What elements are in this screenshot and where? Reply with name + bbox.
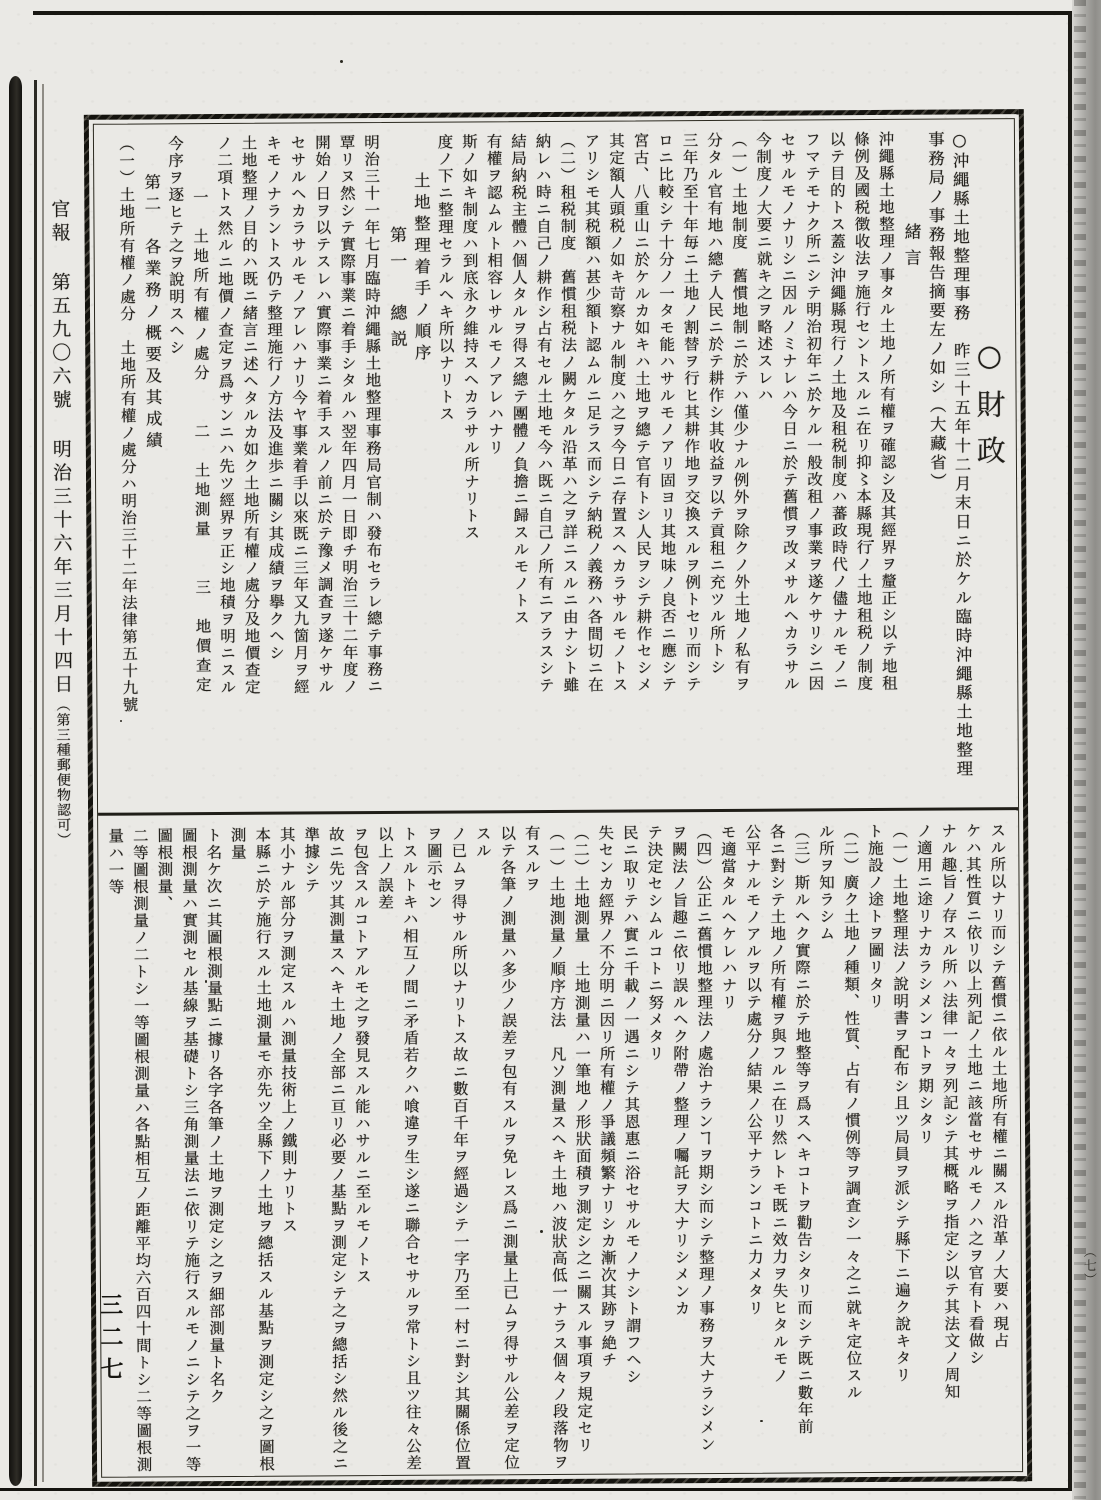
text-column: ヲ闕法ノ旨趣ニ依リ誤ルヘク附帶ノ整理ノ囑託ヲ大ナリシメンカ (666, 824, 694, 1472)
text-column: （一）土地整理法ノ說明書ヲ配布シ且ツ局員ヲ派シテ縣下ニ遍ク說キタリ (887, 823, 915, 1471)
page-frame: ○財政○沖繩縣土地整理事務 昨三十五年十二月末日ニ於ケル臨時沖繩縣土地整理事務局… (84, 109, 1032, 1487)
text-column: 土地整理着手ノ順序 (407, 134, 436, 798)
text-column: 納レハ時ニ自己ノ耕作シ占有セル土地モ今ハ既ニ自己ノ所有ニアラスシテ (530, 133, 559, 795)
text-column: ナル趣旨ノ存スル所ハ法律一々ヲ列記シテ其概略ヲ指定シ以テ其法文ノ周知 (936, 822, 964, 1470)
text-column: （三）斯ルヘク實際ニ於テ地整等ヲ爲スヘキコトヲ勸告シタリ而シテ既ニ數年前 (789, 823, 817, 1471)
text-column: （四）公正ニ舊慣地整理法ノ處治ナランヿヲ期シ而シテ整理ノ事務ヲ大ナラシメン (691, 824, 719, 1472)
text-column: モ適當タルヘケレハナリ (715, 824, 743, 1472)
text-column: テ決定セシムルコトニ努メタリ (642, 824, 670, 1472)
text-column: フマテモナク所ニシテ明治初年ニ於ケル一般改租ノ事業ヲ遂ケサリシニ因 (799, 131, 828, 793)
text-column: 以テ各筆ノ測量ハ多少ノ誤差ヲ包有スルヲ免レス爲ニ測量上已ムヲ得サル公差ヲ定位スル (470, 825, 523, 1473)
text-column: アリシモ其税額ハ甚少額ト認ムルニ足ラス而シテ納税ノ義務ハ各間切ニ在 (579, 133, 608, 795)
text-column: 民ニ取リテハ實ニ千載ノ一遇ニシテ其恩惠ニ浴セサルモノナシト謂フヘシ (617, 824, 645, 1472)
text-column: 公平ナルモノアルヲ以テ處分ノ結果ノ公平ナランコトニ力メタリ (740, 824, 768, 1472)
postal-note: （第三種郵便物認可） (54, 697, 71, 847)
text-column: ○沖繩縣土地整理事務 昨三十五年十二月末日ニ於ケル臨時沖繩縣土地整理 (946, 130, 975, 792)
text-column: ル所ヲ知ラシム (813, 823, 841, 1471)
text-column: 其小ナル部分ヲ測定スルハ測量技術上ノ鐵則ナリトス (274, 827, 302, 1475)
text-column: ケハ其性質ニ依リ以上列記ノ土地ニ該當セサルモノハ之ヲ官有ト看做シ (960, 822, 988, 1470)
scanned-gazette-page: 官報第五九〇六號明治三十六年三月十四日（第三種郵便物認可） 三二七 ○財政○沖繩… (0, 0, 1101, 1500)
text-column: 緒言 (897, 131, 926, 798)
text-column: セサルヘカラサルモノアレハナリ今ヤ事業着手以來既ニ三年又九箇月ヲ經 (285, 134, 314, 796)
text-column: 有權ヲ認ムルト相容レサルモノアレハナリ (481, 133, 510, 795)
text-column: 今制度ノ大要ニ就キ之ヲ略述スレハ (750, 132, 779, 794)
text-column: セサルモノナリシニ因ルノミナレハ今日ニ於テ舊慣ヲ改メサルヘカラサル (775, 131, 804, 793)
text-column: 一 土地所有權ノ處分 二 土地測量 三 地價查定 (187, 135, 216, 798)
text-column: 失センカ經界ノ不分明ニ因リ所有權ノ爭議頻繁ナリシカ漸次其跡ヲ絶チ (593, 825, 621, 1473)
publication-name: 官報 (48, 199, 70, 246)
text-column: 三年乃至十年毎ニ土地ノ割替ヲ行ヒ其耕作地ヲ交換スルヲ例トセリ而シテ (677, 132, 706, 794)
text-column: ロニ比較シテ十分ノ一タモ能ハサルモノアリ固ヨリ其地味ノ良否ニ應シテ (652, 132, 681, 794)
text-column: 圖根測量ハ實測セル基線ヲ基礎トシ三角測量法ニ依リテ施行スルモノニシテ之ヲ一等圖根… (152, 827, 205, 1475)
text-column: スル所以ナリ而シテ舊慣ニ依ル土地所有權ニ關スル沿革ノ大要ハ現占 (985, 822, 1013, 1470)
issue-date: 明治三十六年三月十四日 (50, 439, 74, 698)
text-column: 今序ヲ逐ヒテ之ヲ說明スヘシ (162, 135, 191, 797)
text-column: （一）土地所有權ノ處分 土地所有權ノ處分ハ明治三十二年法律第五十九號 (113, 136, 142, 798)
lower-text-block: スル所以ナリ而シテ舊慣ニ依ル土地所有權ニ關スル沿革ノ大要ハ現占ケハ其性質ニ依リ以… (105, 822, 1013, 1476)
text-column: 開始ノ日ヲ以テスレハ實際事業ニ着手スルノ前ニ於テ豫メ調査ヲ遂ケサル (309, 134, 338, 796)
text-column: 分タル官有地ハ總テ人民ニ於テ耕作シ其收益ヲ以テ貢租ニ充ツル所トシ (701, 132, 730, 794)
text-column: 覃リヌ然シテ實際事業ニ着手シタルハ翌年四月一日即チ明治三十二年度ノ (334, 134, 363, 796)
text-column: ヲ包含スルコトアルモ之ヲ發見スル能ハサルニ至ルモノトス (348, 826, 376, 1474)
text-column: 其定額人頭税ノ如キ苛察ナル制度ハ之ヲ今日ニ存置スヘカラサルモノトス (603, 133, 632, 795)
text-column: 本縣ニ於テ施行スル土地測量モ亦先ツ全縣下ノ土地ヲ總括スル基點ヲ測定シ之ヲ圖根測量 (225, 827, 278, 1475)
text-column: 事務局ノ事務報告摘要左ノ如シ（大藏省） (922, 131, 951, 793)
text-column: ○財政 (971, 130, 1009, 798)
text-column: ノ二項トス然ルニ地價ノ查定ヲ爲サンニハ先ツ經界ヲ正シ地積ヲ明ニスル (211, 135, 240, 797)
folio-number: （七） (1079, 1245, 1098, 1287)
text-column: （一）土地制度 舊慣地制ニ於テハ僅少ナル例外ヲ除クノ外土地ノ私有ヲ (726, 132, 755, 794)
block-divider (98, 807, 1018, 815)
text-column: （二）土地測量 土地測量ハ一筆地ノ形狀面積ヲ測定シ之ニ關スル事項ヲ規定セリ (568, 825, 596, 1473)
upper-text-block: ○財政○沖繩縣土地整理事務 昨三十五年十二月末日ニ於ケル臨時沖繩縣土地整理事務局… (101, 130, 1009, 798)
text-column: 結局納税主體ハ個人タルヲ得ス總テ團體ノ負擔ニ歸スルモノトス (505, 133, 534, 795)
text-column: トスルトキハ相互ノ間ニ矛盾若クハ喰違ヲ生シ遂ニ聯合セサルヲ常トシ且ツ往々公差以上… (372, 826, 425, 1474)
text-column: ト名ケ次ニ其圖根測量點ニ據リ各字各筆ノ土地ヲ測定シ之ヲ細部測量ト名ク (201, 827, 229, 1475)
text-column: キモノナラントス仍テ整理施行ノ方法及進歩ニ關シ其成績ヲ擧クヘシ (260, 135, 289, 797)
text-column: 故ニ先ツ其測量スヘキ土地ノ全部ニ亘リ必要ノ基點ヲ測定シテ之ヲ總括シ然ル後之ニ準據… (299, 826, 352, 1474)
tilted-scan-content: 官報第五九〇六號明治三十六年三月十四日（第三種郵便物認可） 三二七 ○財政○沖繩… (0, 0, 1101, 1500)
text-column: 宮古、八重山ニ於ケルカ如キハ土地ヲ總テ官有トシ人民ヲシテ耕作セシメ (628, 132, 657, 794)
text-column: 條例及國税徴收法ヲ施行セントスルニ在リ抑〻本縣現行ノ土地租税ノ制度 (848, 131, 877, 793)
text-column: ト施設ノ途トヲ圖リタリ (862, 823, 890, 1471)
text-column: 以テ目的トス蓋シ沖繩縣現行ノ土地及租税制度ハ蕃政時代ノ儘ナルモノニ (824, 131, 853, 793)
text-column: （二）廣ク土地ノ種類、性質、占有ノ慣例等ヲ調査シ一々之ニ就キ定位スル (838, 823, 866, 1471)
text-column: 第二 各業務ノ概要及其成績 (138, 135, 167, 797)
text-column: 二等圖根測量ノ二トシ一等圖根測量ハ各點相互ノ距離平均六百四十間トシ二等圖根測量ハ… (105, 827, 155, 1475)
text-column: 明治三十一年七月臨時沖繩縣土地整理事務局官制ハ發布セラレ總テ事務ニ (358, 134, 387, 796)
issue-number: 第五九〇六號 (49, 272, 72, 413)
text-column: ノ已ムヲ得サル所以ナリトス故ニ數百千年ヲ經過シテ一字乃至一村ニ對シ其關係位置ヲ圖… (421, 825, 474, 1473)
margin-issue-info: 官報第五九〇六號明治三十六年三月十四日（第三種郵便物認可） (46, 199, 79, 1179)
text-column: ノ適用ニ途リナカラシメンコトヲ期シタリ (911, 823, 939, 1471)
text-column: 沖繩縣土地整理ノ事タル土地ノ所有權ヲ確認シ及其經界ヲ釐正シ以テ地租 (873, 131, 902, 793)
text-column: 度ノ下ニ整理セラルヘキ所以ナリトス (432, 134, 461, 796)
text-column: 第一 總説 (383, 134, 412, 798)
text-column: （一）土地測量ノ順序方法 凡ソ測量スヘキ土地ハ波狀高低一ナラス個々ノ段落物ヲ有ス… (519, 825, 572, 1473)
text-column: 土地整理ノ目的ハ既ニ緒言ニ述ヘタルカ如ク土地所有權ノ處分及地價查定 (236, 135, 265, 797)
text-column: 各ニ對シテ土地ノ所有權ヲ與フルニ在リ然レトモ既ニ效力ヲ失ヒタルモノ (764, 824, 792, 1472)
text-column: 斯ノ如キ制度ハ到底永ク維持スヘカラサル所ナリトス (456, 133, 485, 795)
text-column: （二）租税制度 舊慣租税法ノ闕ケタル沿革ハ之ヲ詳ニスルニ由ナシト雖 (554, 133, 583, 795)
